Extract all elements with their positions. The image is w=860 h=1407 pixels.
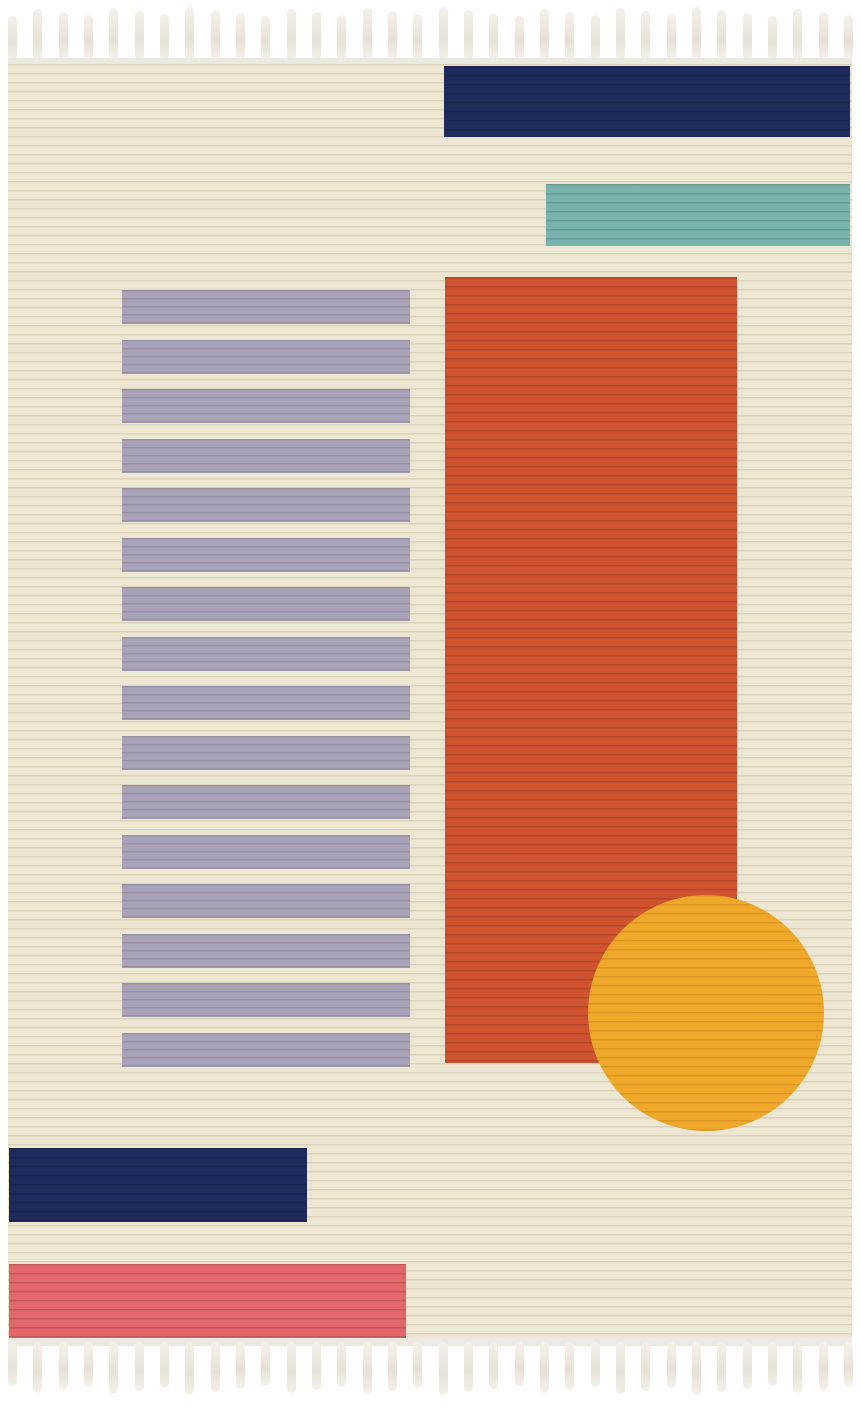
tassel [33, 1342, 42, 1393]
tassel [439, 7, 448, 60]
yellow-circle [588, 895, 824, 1131]
tassel [489, 13, 498, 60]
tassel [464, 10, 473, 60]
tassel [287, 9, 296, 60]
tassel [591, 15, 600, 60]
tassel [84, 1342, 93, 1387]
tassel [388, 11, 397, 60]
tassel [768, 16, 777, 60]
lavender-stripe [122, 736, 410, 770]
tassel [540, 9, 549, 60]
tassel [717, 1342, 726, 1392]
tassel [565, 1342, 574, 1390]
tassel [844, 15, 853, 60]
tassel [515, 16, 524, 60]
lavender-stripe [122, 488, 410, 522]
lavender-stripe [122, 983, 410, 1017]
tassel [692, 1342, 701, 1395]
tassel [312, 1342, 321, 1390]
tassel [717, 10, 726, 60]
tassel [236, 13, 245, 60]
tassel [743, 13, 752, 60]
tassel [743, 1342, 752, 1389]
tassel [439, 1342, 448, 1395]
lavender-stripe [122, 340, 410, 374]
tassel [667, 14, 676, 60]
lavender-stripe [122, 884, 410, 918]
tassel [59, 12, 68, 60]
lavender-stripe [122, 290, 410, 324]
tassel [185, 7, 194, 60]
tassel [160, 1342, 169, 1388]
tassel [33, 9, 42, 60]
tassel [363, 8, 372, 60]
lavender-stripe [122, 439, 410, 473]
tassel [540, 1342, 549, 1393]
tassel [489, 1342, 498, 1389]
tassel [59, 1342, 68, 1390]
tassel [844, 1342, 853, 1387]
tassel [135, 1342, 144, 1391]
tassel [692, 7, 701, 60]
top-navy-bar [444, 66, 850, 137]
top-fringe [8, 4, 852, 64]
tassel [109, 1342, 118, 1394]
tassel [413, 1342, 422, 1388]
tassel [261, 16, 270, 60]
tassel [363, 1342, 372, 1394]
tassel [768, 1342, 777, 1386]
tassel [160, 14, 169, 60]
tassel [287, 1342, 296, 1393]
tassel [8, 1342, 17, 1386]
tassel [819, 1342, 828, 1390]
tassel [413, 14, 422, 60]
tassel [135, 11, 144, 60]
bottom-navy-bar [9, 1148, 307, 1222]
tassel [84, 15, 93, 60]
lavender-stripe [122, 538, 410, 572]
tassel [793, 9, 802, 60]
lavender-stripe [122, 637, 410, 671]
bottom-fringe [8, 1342, 852, 1402]
tassel [793, 1342, 802, 1393]
tassel [261, 1342, 270, 1386]
tassel [211, 10, 220, 60]
tassel [565, 12, 574, 60]
lavender-stripe [122, 835, 410, 869]
tassel [185, 1342, 194, 1395]
tassel [236, 1342, 245, 1389]
tassel [667, 1342, 676, 1388]
tassel [464, 1342, 473, 1392]
lavender-stripe [122, 1033, 410, 1067]
tassel [591, 1342, 600, 1387]
tassel [616, 8, 625, 60]
teal-bar [546, 184, 850, 246]
tassel [337, 15, 346, 60]
pink-bar [9, 1264, 406, 1338]
tassel [641, 1342, 650, 1391]
tassel [337, 1342, 346, 1387]
tassel [388, 1342, 397, 1391]
tassel [109, 8, 118, 60]
tassel [312, 12, 321, 60]
tassel [211, 1342, 220, 1392]
tassel [819, 12, 828, 60]
lavender-stripe [122, 389, 410, 423]
lavender-stripe [122, 934, 410, 968]
tassel [641, 11, 650, 60]
lavender-stripe [122, 686, 410, 720]
lavender-stripe [122, 587, 410, 621]
tassel [616, 1342, 625, 1394]
tassel [8, 16, 17, 60]
lavender-stripe [122, 785, 410, 819]
tassel [515, 1342, 524, 1386]
